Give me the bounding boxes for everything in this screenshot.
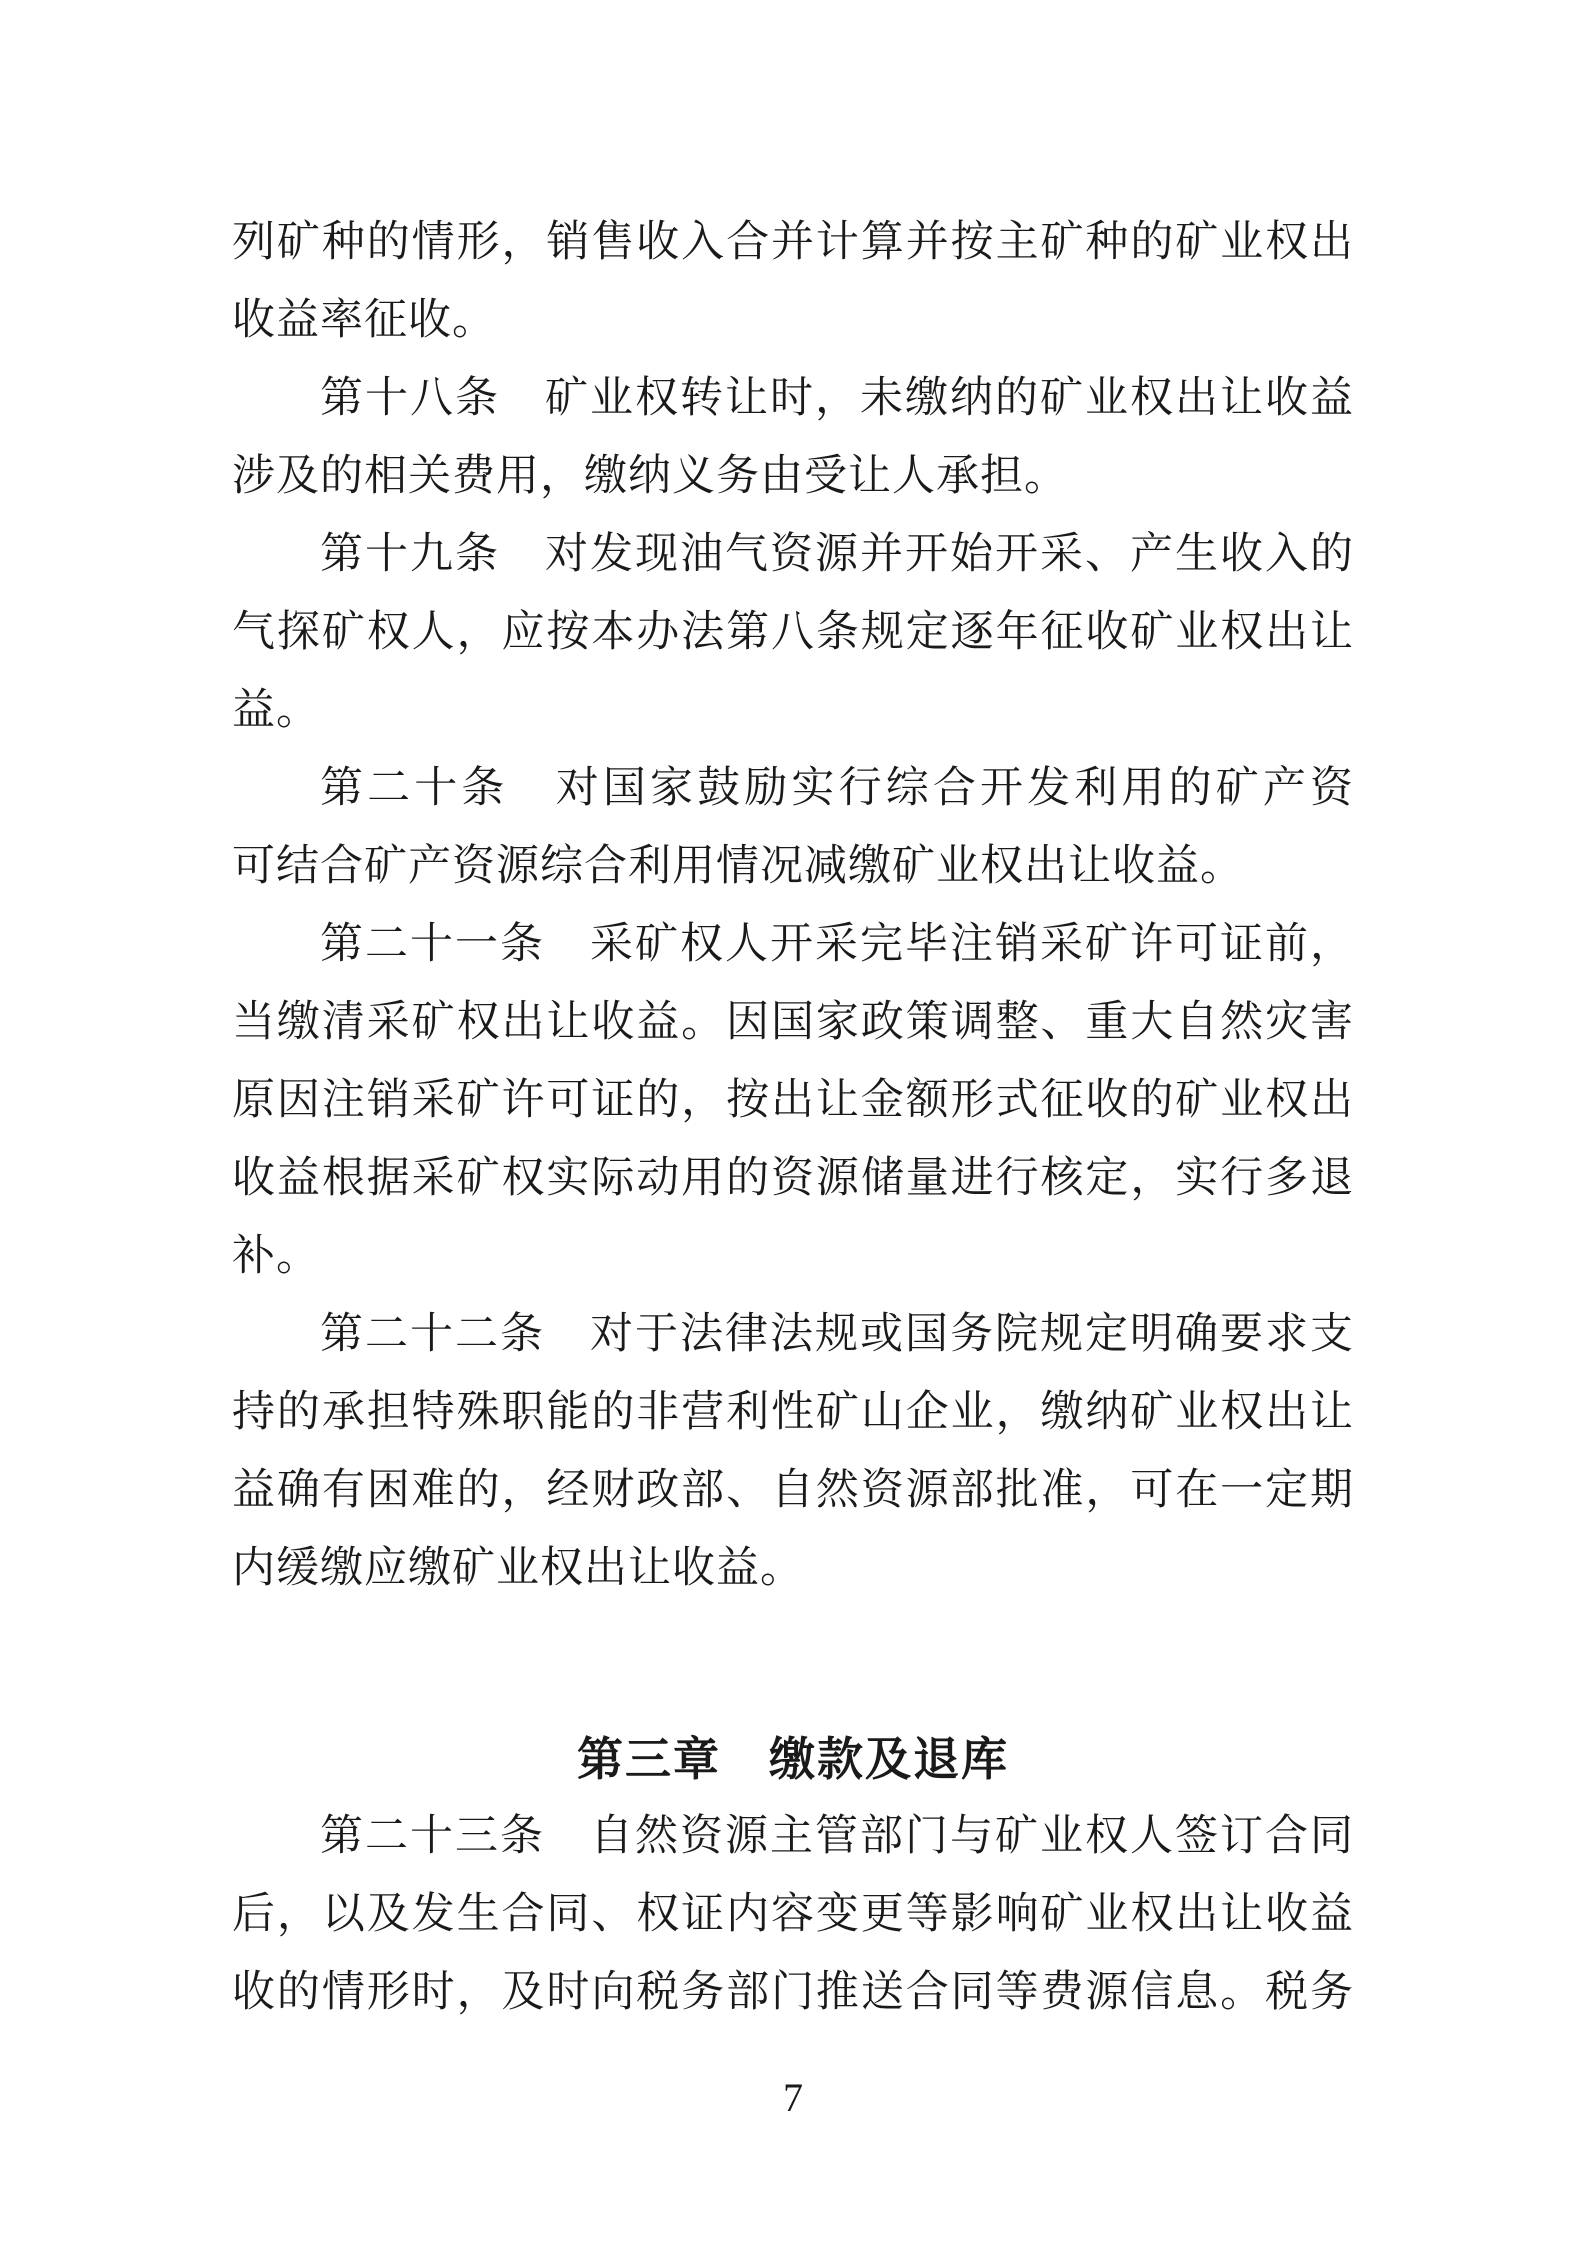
page-number: 7 bbox=[232, 2074, 1354, 2122]
text-line: 当缴清采矿权出让收益。因国家政策调整、重大自然灾害等 bbox=[232, 984, 1354, 1062]
text-line: 收益率征收。 bbox=[232, 282, 1354, 360]
article-19-start: 第十九条 对发现油气资源并开始开采、产生收入的油 bbox=[232, 516, 1354, 594]
article-18-start: 第十八条 矿业权转让时，未缴纳的矿业权出让收益及 bbox=[232, 360, 1354, 438]
text-line: 收益根据采矿权实际动用的资源储量进行核定，实行多退少 bbox=[232, 1140, 1354, 1218]
text-line: 列矿种的情形，销售收入合并计算并按主矿种的矿业权出让 bbox=[232, 204, 1354, 282]
document-body: 列矿种的情形，销售收入合并计算并按主矿种的矿业权出让 收益率征收。 第十八条 矿… bbox=[232, 204, 1354, 2122]
article-21-start: 第二十一条 采矿权人开采完毕注销采矿许可证前，应 bbox=[232, 906, 1354, 984]
text-line: 收的情形时，及时向税务部门推送合同等费源信息。税务部 bbox=[232, 1954, 1354, 2032]
text-line: 气探矿权人，应按本办法第八条规定逐年征收矿业权出让收 bbox=[232, 594, 1354, 672]
chapter-heading: 第三章 缴款及退库 bbox=[232, 1720, 1354, 1798]
text-line: 后，以及发生合同、权证内容变更等影响矿业权出让收益征 bbox=[232, 1876, 1354, 1954]
text-line: 涉及的相关费用，缴纳义务由受让人承担。 bbox=[232, 438, 1354, 516]
text-line: 可结合矿产资源综合利用情况减缴矿业权出让收益。 bbox=[232, 828, 1354, 906]
text-line: 益确有困难的，经财政部、自然资源部批准，可在一定期限 bbox=[232, 1452, 1354, 1530]
text-line: 内缓缴应缴矿业权出让收益。 bbox=[232, 1530, 1354, 1608]
text-line: 益。 bbox=[232, 672, 1354, 750]
text-line: 补。 bbox=[232, 1218, 1354, 1296]
text-line: 原因注销采矿许可证的，按出让金额形式征收的矿业权出让 bbox=[232, 1062, 1354, 1140]
article-22-start: 第二十二条 对于法律法规或国务院规定明确要求支 bbox=[232, 1296, 1354, 1374]
article-23-start: 第二十三条 自然资源主管部门与矿业权人签订合同 bbox=[232, 1798, 1354, 1876]
document-page: 列矿种的情形，销售收入合并计算并按主矿种的矿业权出让 收益率征收。 第十八条 矿… bbox=[0, 0, 1587, 2245]
article-20-start: 第二十条 对国家鼓励实行综合开发利用的矿产资源， bbox=[232, 750, 1354, 828]
text-line: 持的承担特殊职能的非营利性矿山企业，缴纳矿业权出让收 bbox=[232, 1374, 1354, 1452]
